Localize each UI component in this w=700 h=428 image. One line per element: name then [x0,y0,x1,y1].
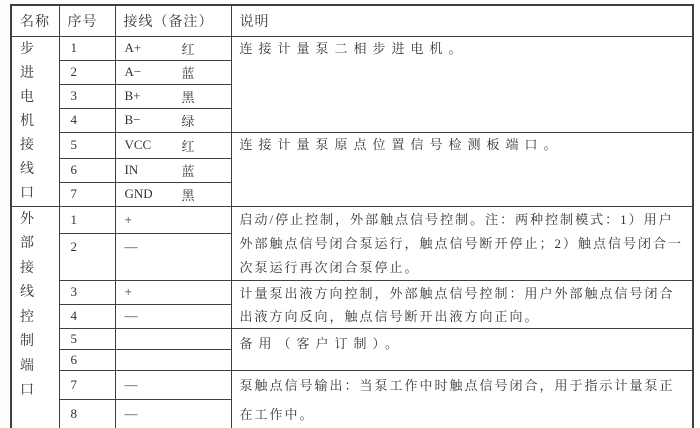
header-description: 说明 [231,5,693,36]
header-wiring: 接线（备注） [115,5,231,36]
table-row: 7 — 泵触点信号输出：当泵工作中时触点信号闭合，用于指示计量泵正 在工作中。 [11,370,693,400]
wiring-cell: — [115,233,231,280]
section-name-external: 外 部 接 线 控 制 端 口 [11,206,59,428]
seq-cell: 3 [59,280,115,304]
desc-cell: 泵触点信号输出：当泵工作中时触点信号闭合，用于指示计量泵正 在工作中。 [231,370,693,428]
wire-label: — [125,406,138,422]
wiring-cell: B+ 黑 [115,84,231,108]
wire-label: A− [125,64,142,80]
seq-cell: 5 [59,132,115,158]
header-seq: 序号 [59,5,115,36]
desc-cell: 连接计量泵原点位置信号检测板端口。 [231,132,693,206]
wiring-cell: VCC 红 [115,132,231,158]
document-page: 名称 序号 接线（备注） 说明 步 进 电 机 接 线 口 1 A+ 红 连接计… [0,0,700,428]
wiring-cell: GND 黑 [115,182,231,206]
table-row: 步 进 电 机 接 线 口 1 A+ 红 连接计量泵二相步进电机。 [11,36,693,60]
wiring-cell: B− 绿 [115,108,231,132]
seq-cell: 4 [59,304,115,328]
seq-cell: 3 [59,84,115,108]
wire-color-label: 红 [181,39,194,58]
seq-cell: 7 [59,370,115,400]
wire-label: B− [125,112,141,128]
wire-color-label: 黑 [181,87,194,106]
desc-cell: 计量泵出液方向控制，外部触点信号控制：用户外部触点信号闭合 出液方向反向，触点信… [231,280,693,328]
wire-label: A+ [125,40,142,56]
wire-label: + [125,284,132,300]
wire-label: IN [125,162,139,178]
wiring-cell: — [115,370,231,400]
desc-cell: 备用（客户订制）。 [231,328,693,370]
wiring-cell: + [115,206,231,233]
table-row: 3 + 计量泵出液方向控制，外部触点信号控制：用户外部触点信号闭合 出液方向反向… [11,280,693,304]
seq-cell: 6 [59,158,115,182]
wiring-cell [115,328,231,349]
wire-color-label: 绿 [181,111,194,130]
wire-label: B+ [125,88,141,104]
wire-color-label: 红 [181,136,194,155]
header-row: 名称 序号 接线（备注） 说明 [11,5,693,36]
wire-label: — [125,239,138,255]
wire-label: GND [125,186,153,202]
table-row: 外 部 接 线 控 制 端 口 1 + 启动/停止控制，外部触点信号控制。注：两… [11,206,693,233]
seq-cell: 2 [59,233,115,280]
seq-cell: 8 [59,400,115,428]
wiring-cell: A− 蓝 [115,60,231,84]
wiring-cell: IN 蓝 [115,158,231,182]
table-row: 5 VCC 红 连接计量泵原点位置信号检测板端口。 [11,132,693,158]
wiring-table: 名称 序号 接线（备注） 说明 步 进 电 机 接 线 口 1 A+ 红 连接计… [10,4,694,428]
wiring-cell: A+ 红 [115,36,231,60]
seq-cell: 6 [59,349,115,370]
wire-label: — [125,308,138,324]
desc-cell: 连接计量泵二相步进电机。 [231,36,693,132]
seq-cell: 1 [59,206,115,233]
seq-cell: 1 [59,36,115,60]
seq-cell: 4 [59,108,115,132]
wire-color-label: 蓝 [181,63,194,82]
wiring-cell: + [115,280,231,304]
header-name: 名称 [11,5,59,36]
wiring-cell [115,349,231,370]
wire-color-label: 蓝 [181,161,194,180]
seq-cell: 5 [59,328,115,349]
section-name-stepper: 步 进 电 机 接 线 口 [11,36,59,206]
wire-label: + [125,212,132,228]
wire-label: VCC [125,137,152,153]
wire-color-label: 黑 [181,185,194,204]
desc-cell: 启动/停止控制，外部触点信号控制。注：两种控制模式：1）用户 外部触点信号闭合泵… [231,206,693,280]
seq-cell: 2 [59,60,115,84]
wiring-cell: — [115,304,231,328]
seq-cell: 7 [59,182,115,206]
table-row: 5 备用（客户订制）。 [11,328,693,349]
wire-label: — [125,377,138,393]
wiring-cell: — [115,400,231,428]
